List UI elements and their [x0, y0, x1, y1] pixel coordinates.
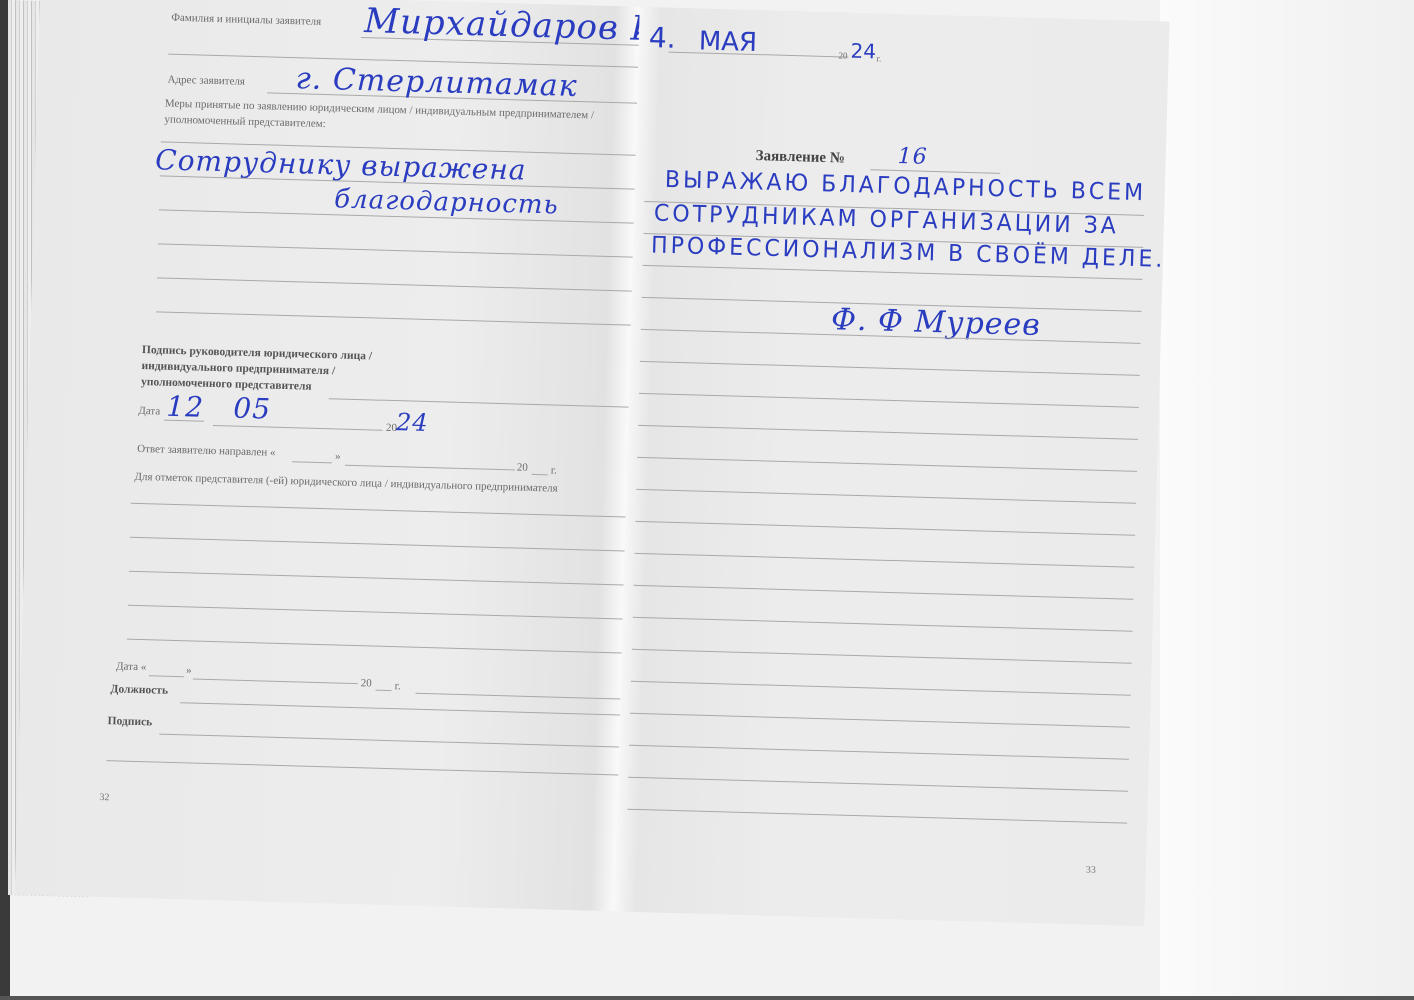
notes-line-3	[129, 571, 624, 586]
signature-line	[159, 734, 619, 748]
reply-label: Ответ заявителю направлен «	[137, 443, 276, 459]
date2-label: Дата «	[116, 660, 147, 673]
statement-line-9	[637, 457, 1137, 472]
applicant-name-label: Фамилия и инициалы заявителя	[171, 12, 321, 28]
header-date-year-prefix: 20	[838, 50, 847, 60]
statement-number: 16	[897, 144, 928, 170]
statement-line-19	[628, 777, 1128, 792]
header-date-day-value: 4.	[648, 21, 676, 55]
signature-head-line	[329, 398, 629, 407]
notes-line-1	[131, 503, 626, 518]
header-date-year-suffix: г.	[876, 53, 881, 63]
statement-line-18	[629, 745, 1129, 760]
date2-year-line	[376, 690, 392, 691]
statement-line-11	[635, 521, 1135, 536]
signature-label: Подпись	[107, 714, 152, 730]
date-month-value: 05	[233, 392, 272, 426]
statement-line-14	[633, 617, 1133, 632]
notes-label: Для отметок представителя (-ей) юридичес…	[134, 471, 558, 495]
notes-line-2	[130, 537, 625, 552]
reply-quote-close: »	[335, 450, 341, 462]
statement-line-15	[632, 649, 1132, 664]
reply-year-line	[532, 474, 548, 475]
date2-day-line	[149, 675, 184, 677]
statement-line-12	[634, 553, 1134, 568]
date-month-line	[213, 425, 383, 431]
reply-day-line	[292, 461, 332, 463]
measures-line-5	[157, 277, 632, 291]
notes-line-5	[127, 639, 622, 654]
reply-year-suffix: г.	[551, 464, 557, 476]
statement-line-16	[631, 681, 1131, 696]
date-day-value: 12	[166, 390, 205, 424]
measures-line-4	[158, 243, 633, 257]
date2-year-suffix: г.	[395, 680, 401, 692]
statement-text-line-1: ВЫРАЖАЮ БЛАГОДАРНОСТЬ ВСЕМ	[665, 167, 1147, 207]
applicant-address-label: Адрес заявителя	[167, 74, 245, 88]
left-page: Фамилия и инициалы заявителя Мирхайдаров…	[15, 0, 640, 911]
header-date-year-value: 24	[850, 39, 876, 64]
reply-year: 20	[517, 462, 528, 474]
left-page-number: 32	[99, 792, 109, 803]
position-label: Должность	[110, 682, 168, 699]
reply-month-line	[345, 465, 515, 471]
statement-line-17	[630, 713, 1130, 728]
date2-year: 20	[361, 677, 372, 689]
scan-background-bottom	[0, 996, 1414, 1000]
notes-line-4	[128, 605, 623, 620]
date2-month-line	[193, 679, 358, 685]
measures-line-6	[156, 311, 631, 325]
book-spread: Фамилия и инициалы заявителя Мирхайдаров…	[15, 0, 1170, 926]
measures-label-2: уполномоченный представителем:	[164, 114, 326, 131]
applicant-address-value: г. Стерлитамак	[295, 61, 578, 104]
statement-line-6	[640, 361, 1140, 376]
statement-line-10	[636, 489, 1136, 504]
right-page: 4. МАЯ 20 24 г. Заявление № 16 ВЫРАЖАЮ Б…	[614, 7, 1169, 926]
statement-line-7	[639, 393, 1139, 408]
header-date-line	[668, 52, 848, 58]
statement-line-13	[634, 585, 1134, 600]
statement-line-20	[627, 809, 1127, 824]
date2-extra-line	[415, 693, 620, 700]
date2-quote-close: »	[186, 664, 192, 676]
statement-title: Заявление №	[755, 148, 845, 167]
position-line	[180, 702, 620, 715]
right-page-number: 33	[1086, 865, 1096, 876]
date-label: Дата	[138, 405, 160, 418]
statement-line-8	[638, 425, 1138, 440]
date-year-value: 24	[396, 408, 429, 437]
scan-background-right	[1160, 0, 1414, 1000]
signature-line-2	[106, 760, 618, 775]
